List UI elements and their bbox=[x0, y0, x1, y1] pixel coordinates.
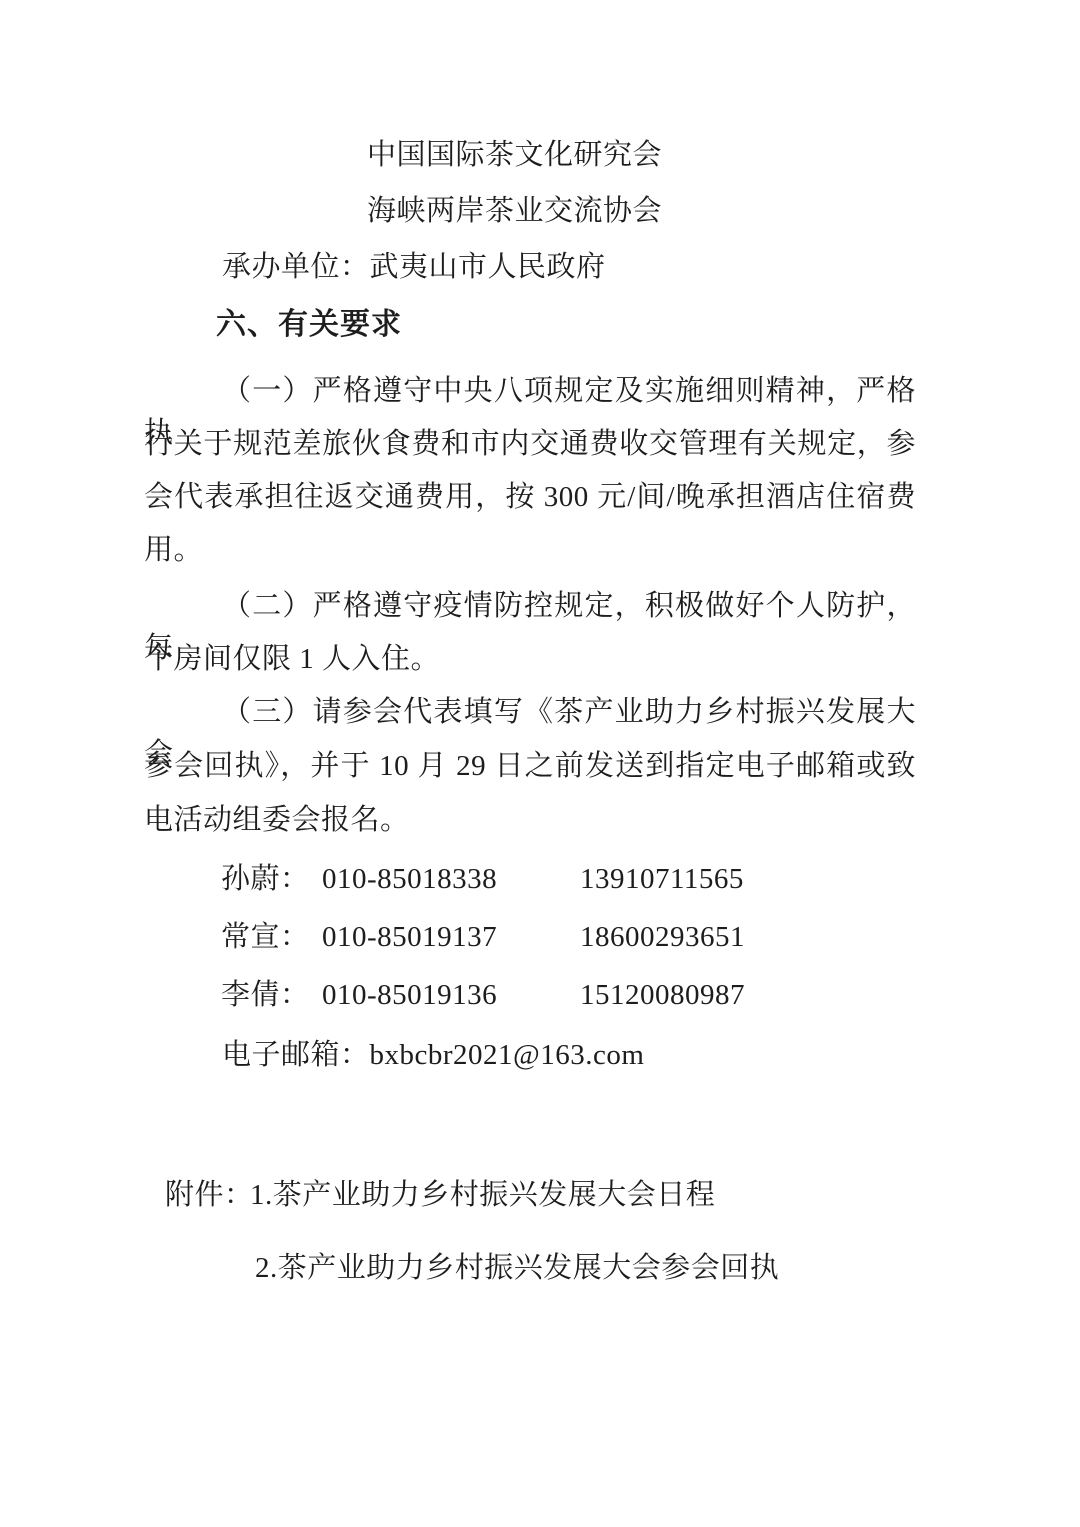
email-label: 电子邮箱： bbox=[222, 1039, 370, 1071]
email-line: 电子邮箱：bxbcbr2021@163.com bbox=[222, 1034, 644, 1076]
paragraph-1-line-3: 会代表承担往返交通费用，按 300 元/间/晚承担酒店住宿费 bbox=[144, 476, 916, 518]
contact-mobile: 13910711565 bbox=[580, 863, 744, 895]
paragraph-3-line-2: 参会回执》，并于 10 月 29 日之前发送到指定电子邮箱或致 bbox=[144, 745, 916, 787]
contact-row: 李倩：010-8501913615120080987 bbox=[221, 974, 745, 1016]
paragraph-3-line-3: 电活动组委会报名。 bbox=[144, 799, 410, 841]
host-organization-line-2: 海峡两岸茶业交流协会 bbox=[367, 190, 662, 232]
attachments-line-2: 2.茶产业助力乡村振兴发展大会参会回执 bbox=[255, 1247, 779, 1289]
attachment-item-1: 1.茶产业助力乡村振兴发展大会日程 bbox=[250, 1179, 715, 1211]
paragraph-1-line-4: 用。 bbox=[144, 529, 203, 571]
contact-row: 常宣：010-8501913718600293651 bbox=[221, 916, 745, 958]
paragraph-1-line-2: 行关于规范差旅伙食费和市内交通费收交管理有关规定，参 bbox=[144, 423, 916, 465]
contact-office-phone: 010-85019137 bbox=[322, 916, 580, 958]
contact-mobile: 15120080987 bbox=[580, 979, 745, 1011]
attachment-item-2: 2.茶产业助力乡村振兴发展大会参会回执 bbox=[255, 1252, 779, 1284]
organizer-line: 承办单位：武夷山市人民政府 bbox=[222, 246, 606, 288]
section-heading: 六、有关要求 bbox=[216, 304, 402, 346]
email-address: bxbcbr2021@163.com bbox=[370, 1039, 645, 1071]
contact-office-phone: 010-85019136 bbox=[322, 974, 580, 1016]
paragraph-2-line-2: 个房间仅限 1 人入住。 bbox=[144, 638, 440, 680]
host-organization-line-1: 中国国际茶文化研究会 bbox=[367, 134, 662, 176]
contact-office-phone: 010-85018338 bbox=[322, 858, 580, 900]
attachments-label: 附件： bbox=[165, 1174, 250, 1216]
attachments-line-1: 附件：1.茶产业助力乡村振兴发展大会日程 bbox=[165, 1174, 715, 1216]
contact-name: 李倩： bbox=[221, 974, 322, 1016]
contact-row: 孙蔚：010-8501833813910711565 bbox=[221, 858, 744, 900]
document-page: 中国国际茶文化研究会 海峡两岸茶业交流协会 承办单位：武夷山市人民政府 六、有关… bbox=[0, 0, 1080, 1527]
contact-name: 孙蔚： bbox=[221, 858, 322, 900]
contact-mobile: 18600293651 bbox=[580, 921, 745, 953]
contact-name: 常宣： bbox=[221, 916, 322, 958]
